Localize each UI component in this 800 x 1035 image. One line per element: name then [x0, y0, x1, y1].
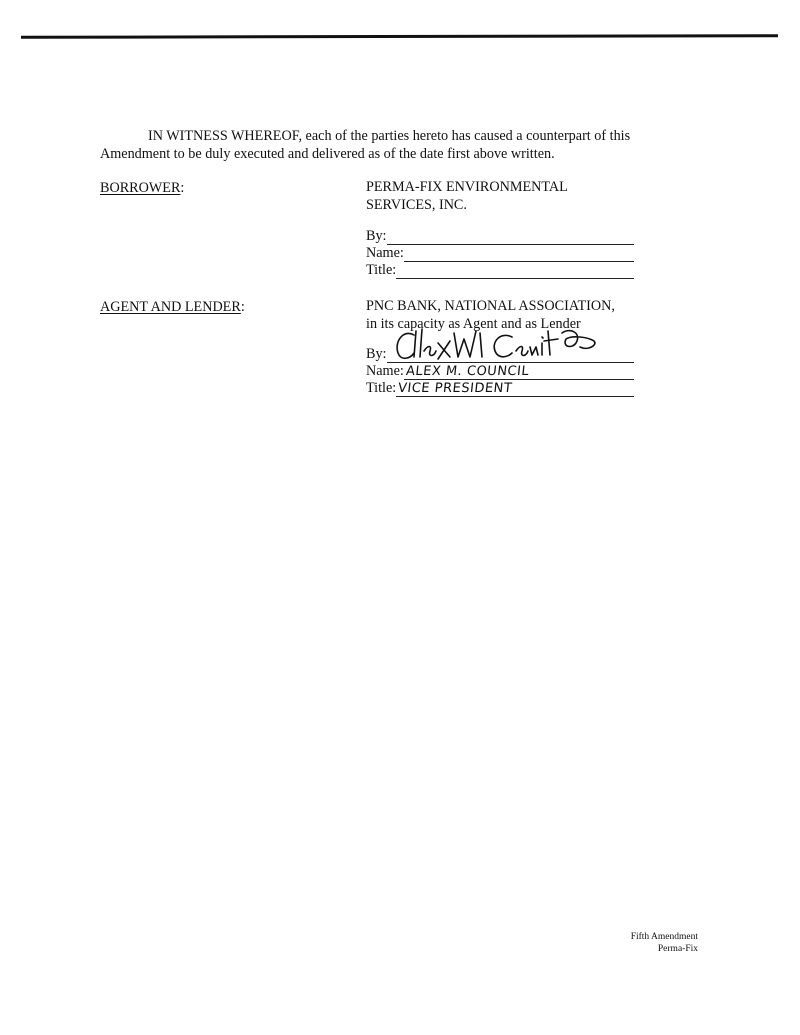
- agent-lender-party-line1: PNC BANK, NATIONAL ASSOCIATION,: [366, 297, 615, 315]
- borrower-title-line: Title:: [366, 262, 634, 279]
- borrower-by-label: By:: [366, 228, 387, 245]
- witness-text: IN WITNESS WHEREOF, each of the parties …: [100, 128, 630, 162]
- borrower-party-line2: SERVICES, INC.: [366, 196, 568, 214]
- agent-lender-title-value: VICE PRESIDENT: [397, 381, 513, 396]
- borrower-label-text: BORROWER: [100, 180, 180, 196]
- agent-lender-title-field[interactable]: VICE PRESIDENT: [396, 383, 634, 397]
- borrower-colon: :: [180, 180, 184, 197]
- agent-lender-label-text: AGENT AND LENDER: [100, 299, 241, 315]
- agent-lender-label: AGENT AND LENDER:: [100, 299, 245, 316]
- footer-line1: Fifth Amendment: [631, 931, 698, 943]
- footer-line2: Perma-Fix: [631, 943, 698, 955]
- witness-paragraph: IN WITNESS WHEREOF, each of the parties …: [100, 127, 660, 163]
- agent-lender-by-field[interactable]: [387, 349, 635, 363]
- agent-lender-title-line: Title: VICE PRESIDENT: [366, 380, 634, 397]
- agent-lender-by-line: By:: [366, 346, 634, 363]
- borrower-title-field[interactable]: [396, 265, 634, 279]
- agent-lender-name-value: ALEX M. COUNCIL: [405, 364, 530, 379]
- agent-lender-colon: :: [241, 299, 245, 316]
- page-footer: Fifth Amendment Perma-Fix: [631, 931, 698, 955]
- borrower-label: BORROWER:: [100, 180, 184, 197]
- agent-lender-name-label: Name:: [366, 363, 404, 380]
- borrower-name-line: Name:: [366, 245, 634, 262]
- borrower-party: PERMA-FIX ENVIRONMENTAL SERVICES, INC.: [366, 178, 568, 214]
- borrower-name-label: Name:: [366, 245, 404, 262]
- top-rule: [21, 34, 778, 39]
- agent-lender-name-line: Name: ALEX M. COUNCIL: [366, 363, 634, 380]
- borrower-name-field[interactable]: [404, 248, 634, 262]
- borrower-by-field[interactable]: [387, 231, 635, 245]
- agent-lender-by-label: By:: [366, 346, 387, 363]
- borrower-title-label: Title:: [366, 262, 396, 279]
- borrower-by-line: By:: [366, 228, 634, 245]
- borrower-party-line1: PERMA-FIX ENVIRONMENTAL: [366, 178, 568, 196]
- agent-lender-name-field[interactable]: ALEX M. COUNCIL: [404, 366, 634, 380]
- agent-lender-title-label: Title:: [366, 380, 396, 397]
